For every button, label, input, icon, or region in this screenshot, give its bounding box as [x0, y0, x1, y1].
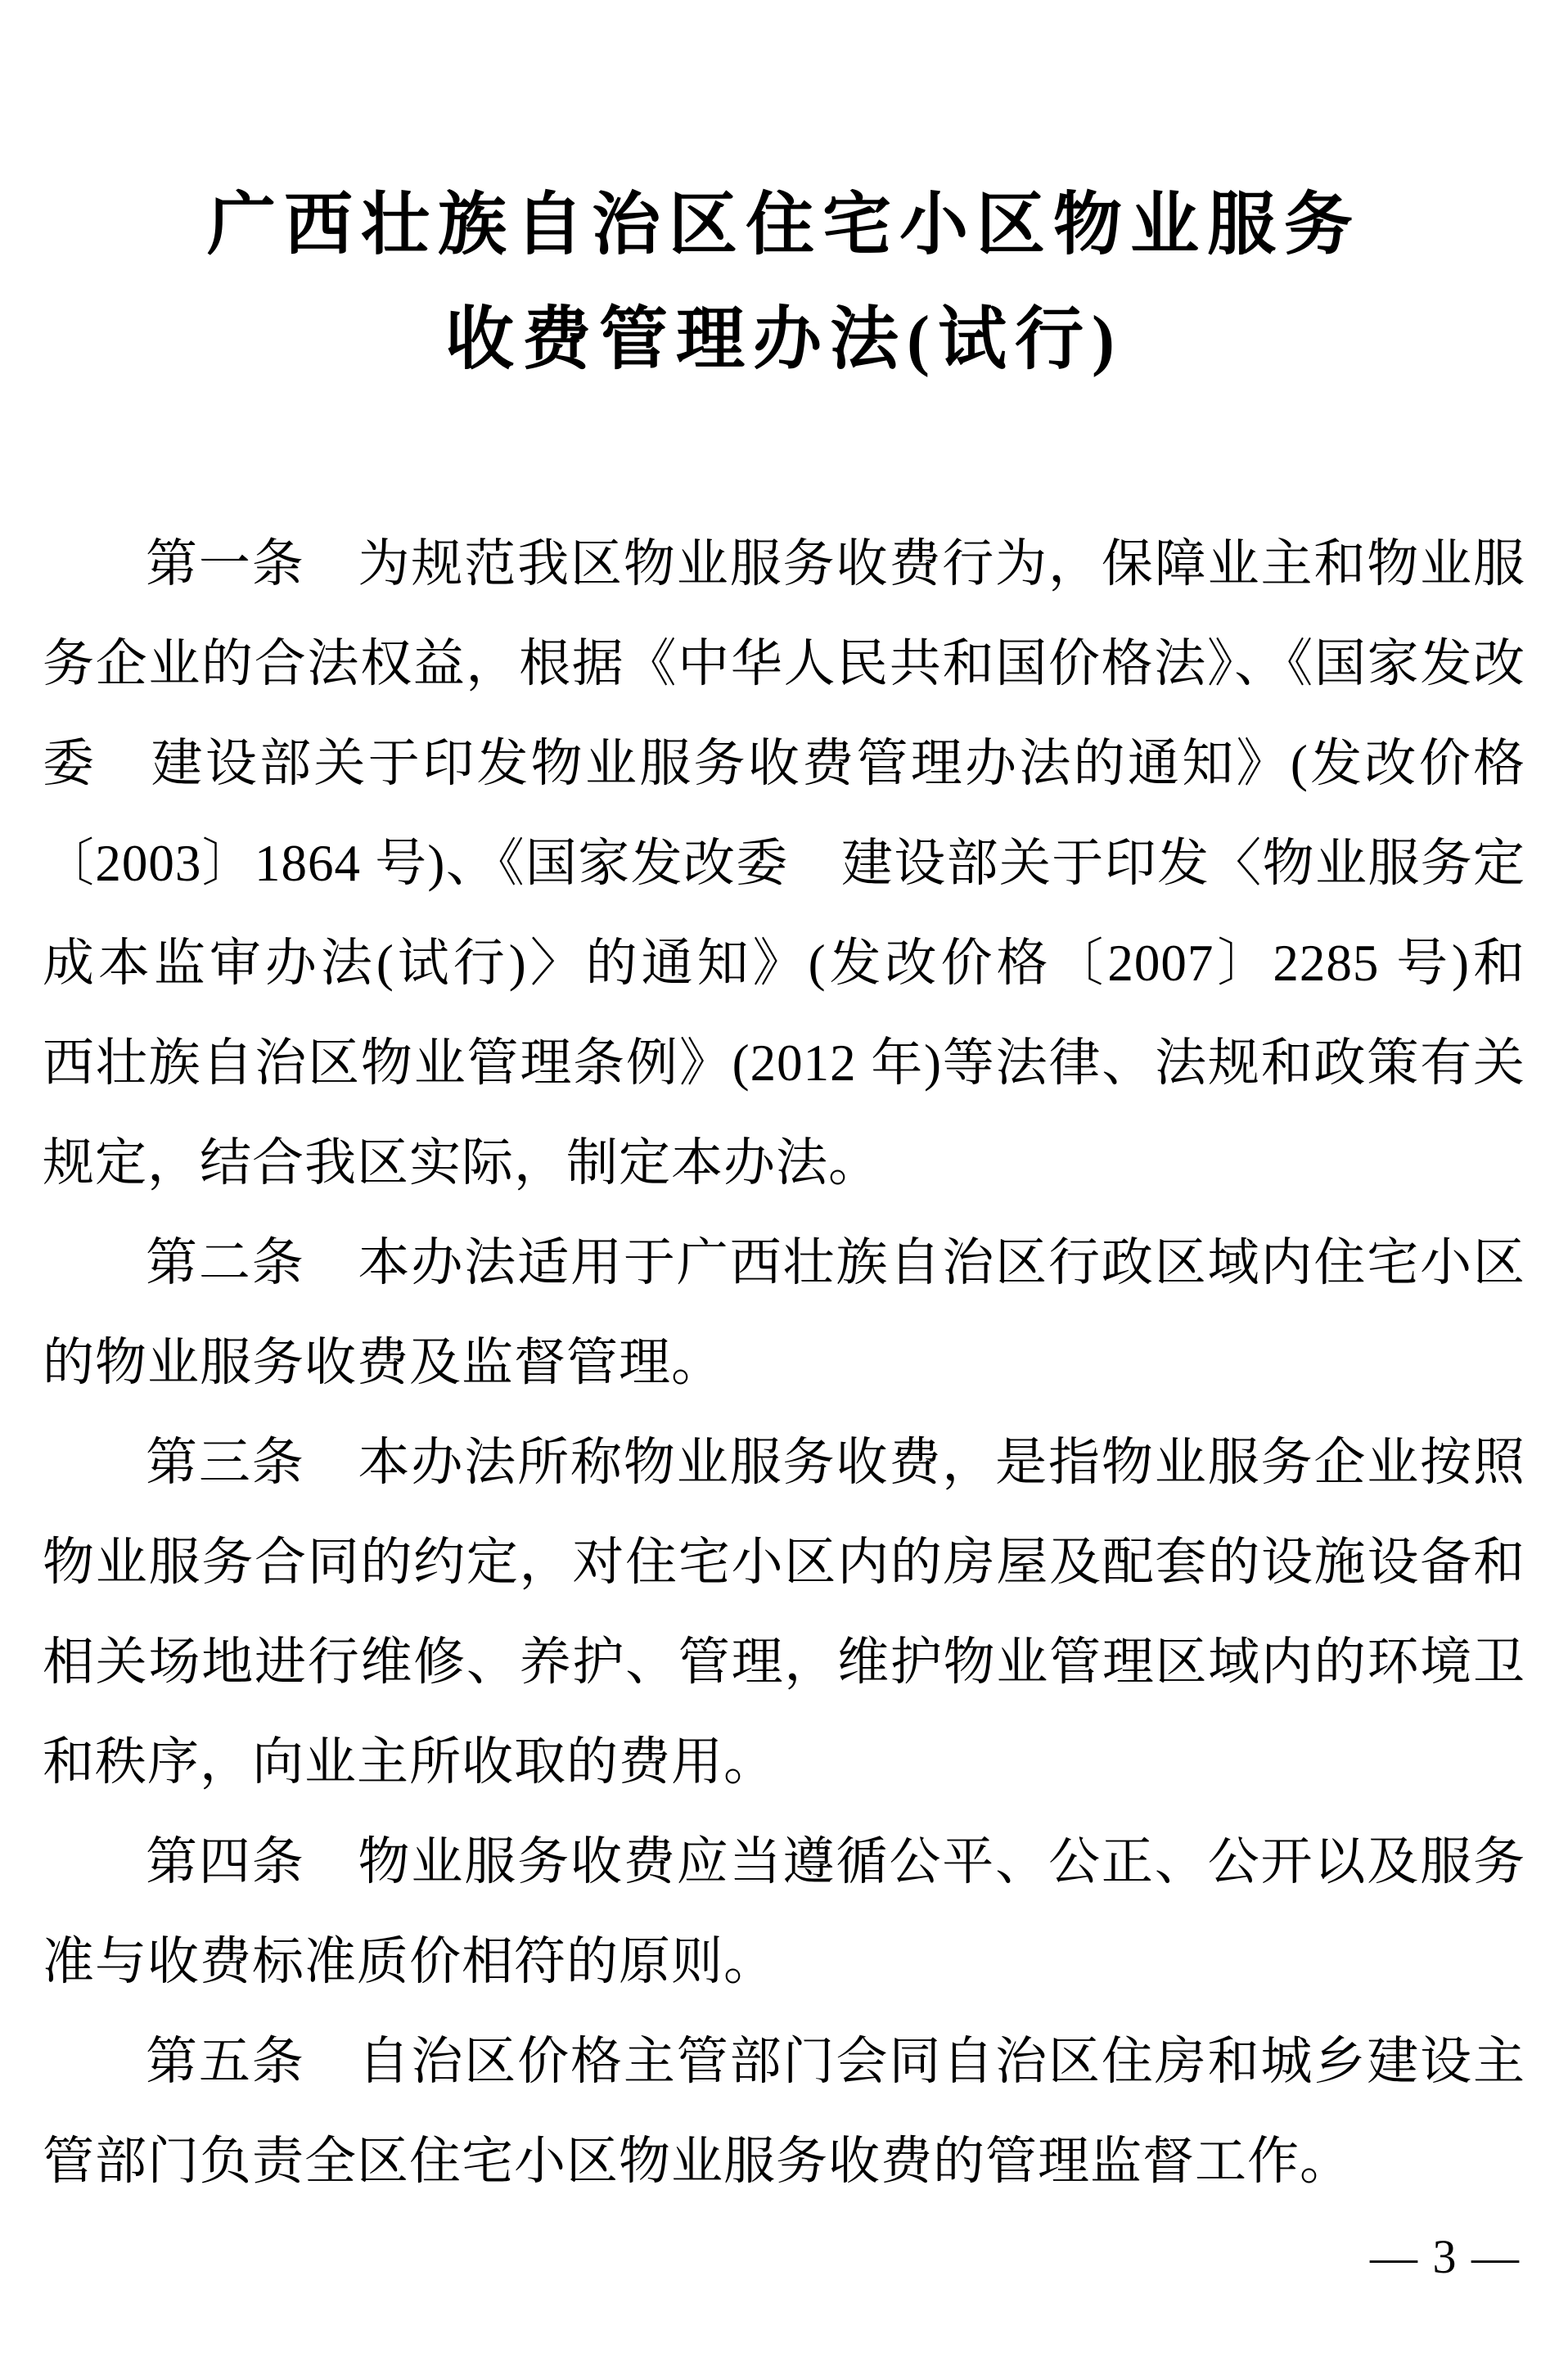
body-line: 西壮族自治区物业管理条例》(2012 年)等法律、法规和政策有关: [43, 1013, 1525, 1113]
body-line: 务企业的合法权益，根据《中华人民共和国价格法》、《国家发改: [43, 614, 1525, 714]
body-line: 相关场地进行维修、养护、管理，维护物业管理区域内的环境卫生: [43, 1612, 1525, 1712]
body-line: 委 建设部关于印发物业服务收费管理办法的通知》(发改价格: [43, 714, 1525, 813]
body-line: 第三条 本办法所称物业服务收费，是指物业服务企业按照: [43, 1413, 1525, 1512]
document-title-line1: 广西壮族自治区住宅小区物业服务: [0, 188, 1568, 264]
body-line: 成本监审办法(试行)〉的通知》(发改价格〔2007〕2285 号)和《广: [43, 913, 1525, 1013]
document-title-line2: 收费管理办法(试行): [0, 303, 1568, 378]
body-line: 第一条 为规范我区物业服务收费行为，保障业主和物业服: [43, 514, 1525, 614]
body-line: 和秩序，向业主所收取的费用。: [43, 1712, 1525, 1812]
body-line: 的物业服务收费及监督管理。: [43, 1313, 1525, 1413]
document-body: 第一条 为规范我区物业服务收费行为，保障业主和物业服务企业的合法权益，根据《中华…: [43, 514, 1525, 2211]
body-line: 〔2003〕1864 号)、《国家发改委 建设部关于印发〈物业服务定价: [43, 813, 1525, 913]
body-line: 第二条 本办法适用于广西壮族自治区行政区域内住宅小区: [43, 1213, 1525, 1313]
body-line: 第四条 物业服务收费应当遵循公平、公正、公开以及服务标: [43, 1812, 1525, 1912]
body-line: 准与收费标准质价相符的原则。: [43, 1912, 1525, 2012]
body-line: 管部门负责全区住宅小区物业服务收费的管理监督工作。: [43, 2111, 1525, 2211]
page-number: — 3 —: [1370, 2228, 1521, 2287]
document-page: 广西壮族自治区住宅小区物业服务 收费管理办法(试行) 第一条 为规范我区物业服务…: [0, 0, 1568, 2370]
body-line: 第五条 自治区价格主管部门会同自治区住房和城乡建设主: [43, 2012, 1525, 2111]
body-line: 规定，结合我区实际，制定本办法。: [43, 1113, 1525, 1213]
body-line: 物业服务合同的约定，对住宅小区内的房屋及配套的设施设备和: [43, 1512, 1525, 1612]
